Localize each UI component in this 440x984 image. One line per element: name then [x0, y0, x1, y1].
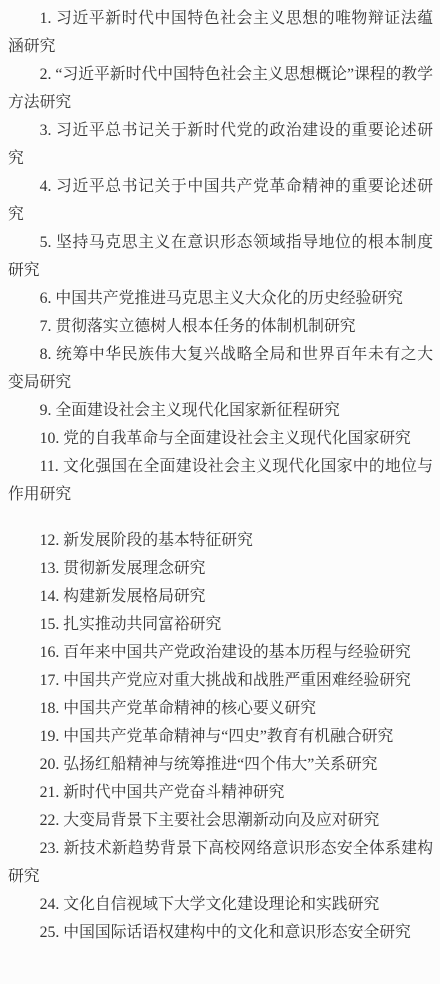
list-item: 23. 新技术新趋势背景下高校网络意识形态安全体系建构研究 — [8, 835, 433, 891]
item-title: “习近平新时代中国特色社会主义思想概论”课程的教学方法研究 — [8, 66, 433, 111]
item-title: 习近平新时代中国特色社会主义思想的唯物辩证法蕴涵研究 — [8, 10, 433, 55]
item-title: 中国国际话语权建构中的文化和意识形态安全研究 — [63, 924, 411, 941]
item-title: 中国共产党革命精神与“四史”教育有机融合研究 — [63, 728, 393, 745]
item-number: 18. — [40, 700, 60, 717]
list-item: 1. 习近平新时代中国特色社会主义思想的唯物辩证法蕴涵研究 — [8, 5, 433, 61]
item-number: 5. — [40, 234, 52, 251]
item-title: 全面建设社会主义现代化国家新征程研究 — [55, 402, 339, 419]
item-number: 20. — [40, 756, 60, 773]
item-title: 新时代中国共产党奋斗精神研究 — [63, 784, 284, 801]
list-item: 7. 贯彻落实立德树人根本任务的体制机制研究 — [8, 313, 433, 341]
list-item: 5. 坚持马克思主义在意识形态领域指导地位的根本制度研究 — [8, 229, 433, 285]
item-number: 13. — [40, 560, 60, 577]
item-title: 百年来中国共产党政治建设的基本历程与经验研究 — [63, 644, 411, 661]
item-title: 扎实推动共同富裕研究 — [63, 616, 221, 633]
list-item: 24. 文化自信视域下大学文化建设理论和实践研究 — [8, 891, 433, 919]
topic-list-page: 1. 习近平新时代中国特色社会主义思想的唯物辩证法蕴涵研究2. “习近平新时代中… — [0, 0, 440, 984]
item-title: 新发展阶段的基本特征研究 — [63, 532, 253, 549]
item-title: 党的自我革命与全面建设社会主义现代化国家研究 — [63, 430, 411, 447]
item-title: 统筹中华民族伟大复兴战略全局和世界百年未有之大变局研究 — [8, 346, 433, 391]
list-item: 13. 贯彻新发展理念研究 — [8, 555, 433, 583]
list-item: 3. 习近平总书记关于新时代党的政治建设的重要论述研究 — [8, 117, 433, 173]
item-title: 习近平总书记关于中国共产党革命精神的重要论述研究 — [8, 178, 433, 223]
list-item: 11. 文化强国在全面建设社会主义现代化国家中的地位与作用研究 — [8, 453, 433, 509]
item-number: 21. — [40, 784, 60, 801]
document-page: { "page": { "background_color": "#fcfcfc… — [0, 0, 440, 984]
item-number: 1. — [40, 10, 52, 27]
item-number: 7. — [40, 318, 52, 335]
list-item: 12. 新发展阶段的基本特征研究 — [8, 527, 433, 555]
list-item: 17. 中国共产党应对重大挑战和战胜严重困难经验研究 — [8, 667, 433, 695]
item-title: 贯彻新发展理念研究 — [63, 560, 205, 577]
item-title: 弘扬红船精神与统筹推进“四个伟大”关系研究 — [63, 756, 377, 773]
item-number: 8. — [40, 346, 52, 363]
item-number: 19. — [40, 728, 60, 745]
topic-group: 1. 习近平新时代中国特色社会主义思想的唯物辩证法蕴涵研究2. “习近平新时代中… — [8, 5, 433, 509]
list-item: 2. “习近平新时代中国特色社会主义思想概论”课程的教学方法研究 — [8, 61, 433, 117]
item-title: 构建新发展格局研究 — [63, 588, 205, 605]
list-item: 6. 中国共产党推进马克思主义大众化的历史经验研究 — [8, 285, 433, 313]
list-item: 8. 统筹中华民族伟大复兴战略全局和世界百年未有之大变局研究 — [8, 341, 433, 397]
topic-list: 1. 习近平新时代中国特色社会主义思想的唯物辩证法蕴涵研究2. “习近平新时代中… — [8, 5, 433, 947]
item-number: 4. — [40, 178, 52, 195]
list-item: 25. 中国国际话语权建构中的文化和意识形态安全研究 — [8, 919, 433, 947]
list-item: 21. 新时代中国共产党奋斗精神研究 — [8, 779, 433, 807]
item-number: 2. — [40, 66, 52, 83]
item-title: 中国共产党推进马克思主义大众化的历史经验研究 — [55, 290, 403, 307]
item-title: 文化自信视域下大学文化建设理论和实践研究 — [63, 896, 379, 913]
item-title: 新技术新趋势背景下高校网络意识形态安全体系建构研究 — [8, 840, 433, 885]
item-number: 17. — [40, 672, 60, 689]
list-item: 19. 中国共产党革命精神与“四史”教育有机融合研究 — [8, 723, 433, 751]
list-item: 4. 习近平总书记关于中国共产党革命精神的重要论述研究 — [8, 173, 433, 229]
list-item: 14. 构建新发展格局研究 — [8, 583, 433, 611]
item-number: 15. — [40, 616, 60, 633]
item-number: 16. — [40, 644, 60, 661]
item-title: 贯彻落实立德树人根本任务的体制机制研究 — [55, 318, 355, 335]
list-item: 16. 百年来中国共产党政治建设的基本历程与经验研究 — [8, 639, 433, 667]
item-number: 24. — [40, 896, 60, 913]
item-title: 中国共产党应对重大挑战和战胜严重困难经验研究 — [63, 672, 411, 689]
list-item: 22. 大变局背景下主要社会思潮新动向及应对研究 — [8, 807, 433, 835]
item-title: 文化强国在全面建设社会主义现代化国家中的地位与作用研究 — [8, 458, 433, 503]
item-number: 22. — [40, 812, 60, 829]
item-title: 坚持马克思主义在意识形态领域指导地位的根本制度研究 — [8, 234, 433, 279]
item-number: 9. — [40, 402, 52, 419]
item-number: 25. — [40, 924, 60, 941]
item-title: 大变局背景下主要社会思潮新动向及应对研究 — [63, 812, 379, 829]
item-number: 3. — [40, 122, 52, 139]
item-number: 6. — [40, 290, 52, 307]
list-item: 10. 党的自我革命与全面建设社会主义现代化国家研究 — [8, 425, 433, 453]
item-number: 12. — [40, 532, 60, 549]
item-number: 14. — [40, 588, 60, 605]
list-item: 18. 中国共产党革命精神的核心要义研究 — [8, 695, 433, 723]
item-title: 习近平总书记关于新时代党的政治建设的重要论述研究 — [8, 122, 433, 167]
item-title: 中国共产党革命精神的核心要义研究 — [63, 700, 316, 717]
item-number: 11. — [40, 458, 59, 475]
list-item: 9. 全面建设社会主义现代化国家新征程研究 — [8, 397, 433, 425]
list-item: 20. 弘扬红船精神与统筹推进“四个伟大”关系研究 — [8, 751, 433, 779]
list-item: 15. 扎实推动共同富裕研究 — [8, 611, 433, 639]
topic-group: 12. 新发展阶段的基本特征研究13. 贯彻新发展理念研究14. 构建新发展格局… — [8, 527, 433, 947]
item-number: 10. — [40, 430, 60, 447]
item-number: 23. — [40, 840, 60, 857]
